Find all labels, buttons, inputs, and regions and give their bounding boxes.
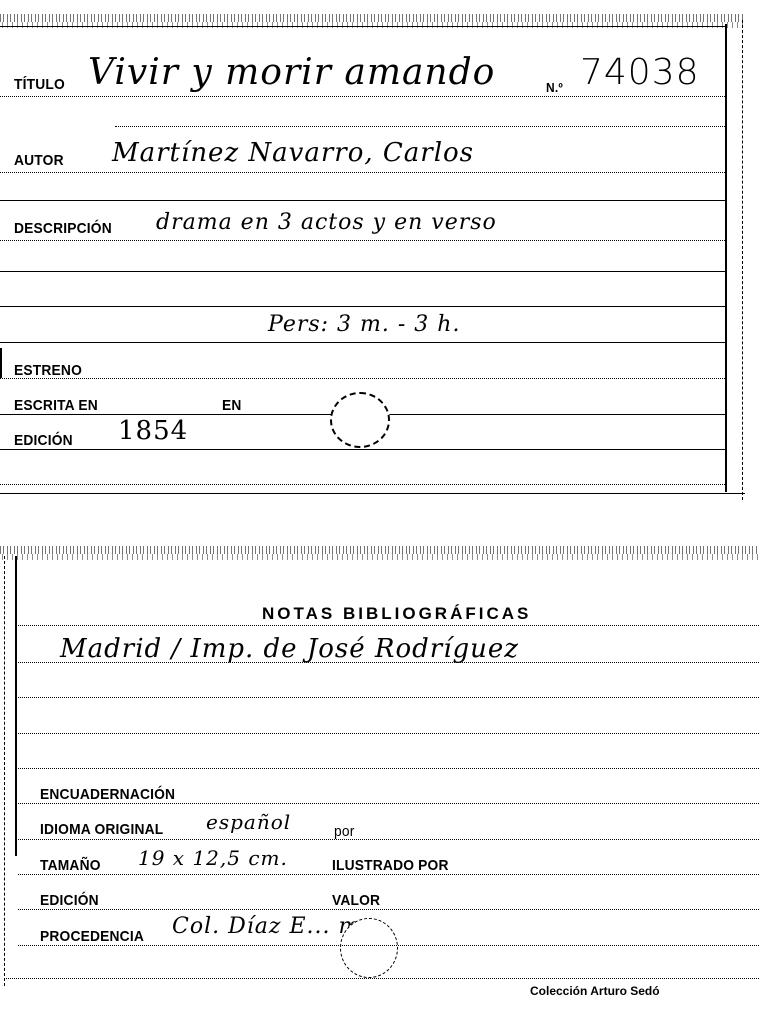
notas-value: Madrid / Imp. de José Rodríguez	[60, 634, 519, 664]
descripcion-line	[0, 240, 725, 241]
row-line	[115, 126, 725, 127]
titulo-value: Vivir y morir amando	[88, 52, 495, 93]
personajes-value: Pers: 3 m. - 3 h.	[268, 312, 460, 337]
autor-line	[0, 172, 725, 173]
numero-value: 74038	[580, 52, 700, 93]
card-edge-texture	[0, 22, 745, 28]
encuadernacion-label: ENCUADERNACIÓN	[40, 786, 175, 803]
card-edge-texture	[0, 14, 745, 22]
card-edge-texture	[0, 546, 759, 554]
idioma-original-label: IDIOMA ORIGINAL	[40, 821, 163, 838]
notas-line	[18, 733, 759, 734]
escrita-en-label: ESCRITA EN	[14, 397, 98, 414]
ilustrado-por-label: ILUSTRADO POR	[332, 857, 449, 874]
tamano-value: 19 x 12,5 cm.	[138, 846, 288, 870]
row-line	[0, 306, 725, 307]
procedencia-label: PROCEDENCIA	[40, 928, 144, 945]
encuadernacion-line	[18, 803, 759, 804]
edicion-bottom-line	[18, 909, 759, 910]
numero-label: N.º	[546, 80, 563, 95]
notas-line	[18, 768, 759, 769]
collection-credit: Colección Arturo Sedó	[530, 984, 660, 998]
notas-line	[18, 697, 759, 698]
valor-label: VALOR	[332, 892, 380, 909]
card-right-border	[725, 24, 727, 492]
autor-value: Martínez Navarro, Carlos	[112, 138, 474, 168]
row-line	[0, 271, 725, 272]
card-left-border	[15, 556, 17, 856]
row-line	[0, 484, 725, 485]
card-edge-dashed	[742, 20, 743, 500]
row-line	[0, 342, 725, 343]
autor-label: AUTOR	[14, 152, 64, 169]
idioma-original-value: español	[206, 810, 291, 834]
card-top-rule	[0, 26, 726, 27]
row-line	[0, 200, 725, 201]
descripcion-label: DESCRIPCIÓN	[14, 220, 112, 237]
punch-hole-mark	[340, 918, 398, 978]
card-bottom-line	[4, 978, 759, 979]
punch-hole-mark	[330, 392, 390, 448]
card-left-mark	[0, 348, 2, 378]
por-label: por	[334, 823, 354, 840]
edicion-bottom-label: EDICIÓN	[40, 892, 99, 909]
notas-line	[18, 625, 759, 626]
titulo-line	[0, 96, 725, 97]
escrita-en-en-label: EN	[222, 397, 242, 414]
titulo-label: TÍTULO	[14, 76, 65, 93]
card-edge-dashed	[4, 556, 5, 986]
estreno-label: ESTRENO	[14, 362, 82, 379]
procedencia-value: Col. Díaz E... m	[172, 914, 360, 939]
estreno-line	[0, 378, 725, 379]
tamano-label: TAMAÑO	[40, 857, 101, 874]
notas-heading: NOTAS BIBLIOGRÁFICAS	[262, 604, 531, 624]
tamano-line	[18, 874, 759, 875]
edicion-line	[0, 449, 725, 450]
card-bottom-edge	[0, 493, 745, 494]
idioma-line	[18, 839, 759, 840]
card-edge-texture	[0, 554, 759, 560]
edicion-value: 1854	[118, 416, 188, 446]
procedencia-line	[18, 945, 759, 946]
edicion-label: EDICIÓN	[14, 432, 73, 449]
notas-line	[18, 662, 759, 663]
descripcion-value: drama en 3 actos y en verso	[156, 210, 497, 235]
